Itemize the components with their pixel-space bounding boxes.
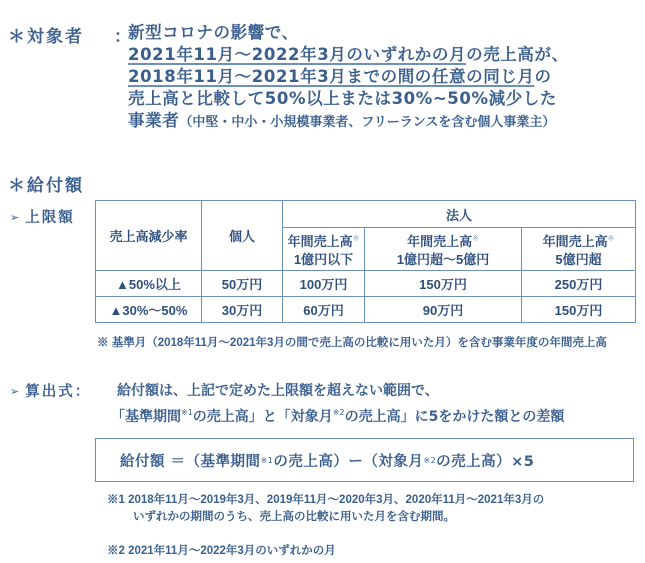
subheader-over-500m: 年間売上高※5億円超 xyxy=(522,228,636,271)
table-header-row: 売上高減少率 個人 法人 xyxy=(96,201,636,228)
target-line-4: 売上高と比較して50%以上または30%~50%減少した xyxy=(128,88,569,110)
table-row: ▲30%～50% 30万円 60万円 90万円 150万円 xyxy=(96,297,636,323)
target-line-2: 2021年11月～2022年3月のいずれかの月の売上高が、 xyxy=(128,44,569,66)
benefit-title: 給付額 xyxy=(27,176,84,196)
cell-corp1: 100万円 xyxy=(283,271,365,297)
asterisk-bullet-icon: ＊ xyxy=(8,27,27,47)
subheader-under-100m: 年間売上高※1億円以下 xyxy=(283,228,365,271)
cell-rate: ▲50%以上 xyxy=(96,271,202,297)
table-footnote: ※ 基準月（2018年11月～2021年3月の間で売上高の比較に用いた月）を含む… xyxy=(97,334,607,350)
target-parenthetical: （中堅・中小・小規模事業者、フリーランスを含む個人事業主） xyxy=(179,115,555,130)
cell-corp2: 150万円 xyxy=(365,271,522,297)
cell-corp2: 90万円 xyxy=(365,297,522,323)
table-row: ▲50%以上 50万円 100万円 150万円 250万円 xyxy=(96,271,636,297)
target-line-3: 2018年11月～2021年3月までの間の任意の同じ月の xyxy=(128,66,569,88)
calc-line-2: 「基準期間※1の売上高」と「対象月※2の売上高」に5をかけた額との差額 xyxy=(111,402,564,428)
cell-corp3: 250万円 xyxy=(522,271,636,297)
header-individual: 個人 xyxy=(202,201,283,271)
calc-label: 算出式： xyxy=(25,384,91,400)
cell-corp3: 150万円 xyxy=(522,297,636,323)
cell-individual: 30万円 xyxy=(202,297,283,323)
target-description: 新型コロナの影響で、 2021年11月～2022年3月のいずれかの月の売上高が、… xyxy=(128,22,569,134)
footnote-2: ※2 2021年11月～2022年3月のいずれかの月 xyxy=(107,542,336,558)
asterisk-bullet-icon: ＊ xyxy=(8,176,27,196)
subheader-100m-500m: 年間売上高※1億円超～5億円 xyxy=(365,228,522,271)
calc-heading: ➢算出式： xyxy=(10,380,91,401)
limit-table: 売上高減少率 個人 法人 年間売上高※1億円以下 年間売上高※1億円超～5億円 … xyxy=(95,200,636,323)
target-line-1: 新型コロナの影響で、 xyxy=(128,22,569,44)
triangle-right-icon: ➢ xyxy=(10,211,19,224)
comparison-period-underlined: 2018年11月～2021年3月までの間の任意の同じ月 xyxy=(128,67,535,86)
triangle-right-icon: ➢ xyxy=(10,385,19,398)
target-period-underlined: 2021年11月～2022年3月のいずれかの月 xyxy=(128,45,466,64)
header-corporate: 法人 xyxy=(283,201,636,228)
header-rate: 売上高減少率 xyxy=(96,201,202,271)
limit-heading: ➢上限額 xyxy=(10,206,75,227)
cell-individual: 50万円 xyxy=(202,271,283,297)
target-heading: ＊対象者 xyxy=(8,22,84,47)
target-label: 対象者 xyxy=(27,27,84,47)
formula-box: 給付額 ＝（基準期間※1の売上高）ー（対象月※2の売上高）×5 xyxy=(95,438,634,482)
cell-rate: ▲30%～50% xyxy=(96,297,202,323)
calc-description: 給付額は、上記で定めた上限額を超えない範囲で、 「基準期間※1の売上高」と「対象… xyxy=(117,380,564,428)
limit-label: 上限額 xyxy=(25,210,75,226)
footnote-1: ※1 2018年11月～2019年3月、2019年11月～2020年3月、202… xyxy=(107,492,544,526)
benefit-heading: ＊給付額 xyxy=(8,171,84,196)
calc-line-1: 給付額は、上記で定めた上限額を超えない範囲で、 xyxy=(117,380,564,402)
target-line-5: 事業者（中堅・中小・小規模事業者、フリーランスを含む個人事業主） xyxy=(128,110,569,134)
cell-corp1: 60万円 xyxy=(283,297,365,323)
